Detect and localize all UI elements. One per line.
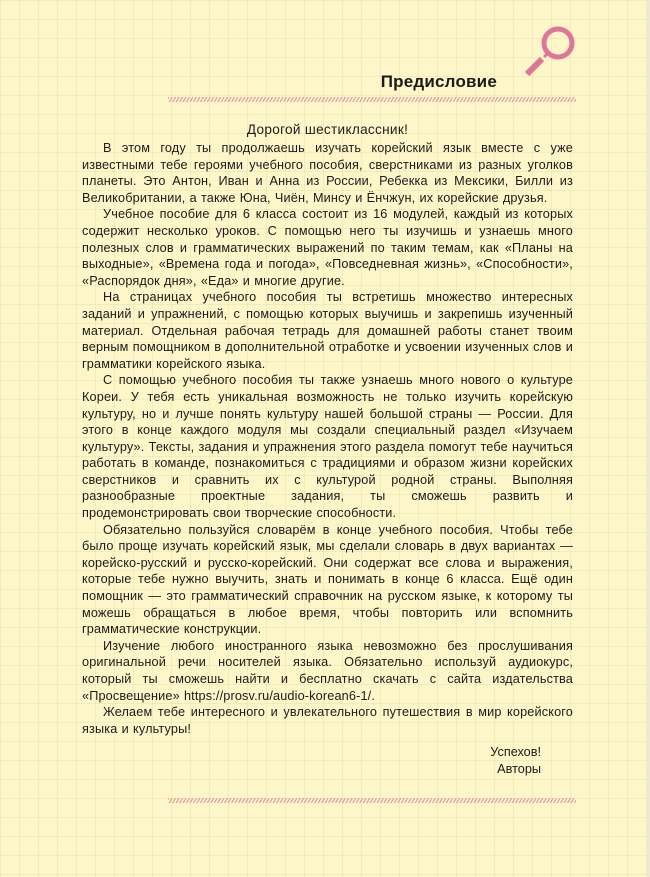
hatched-divider-bottom <box>168 798 576 803</box>
signature-wish: Успехов! <box>380 744 541 761</box>
paragraph: Обязательно пользуйся словарём в конце у… <box>82 522 573 638</box>
signature: Успехов! Авторы <box>380 744 541 778</box>
signature-authors: Авторы <box>380 761 541 778</box>
paragraph: Желаем тебе интересного и увлекательного… <box>82 704 573 737</box>
magnifier-icon <box>518 22 580 84</box>
paragraph: На страницах учебного пособия ты встрети… <box>82 289 573 372</box>
paragraph: Изучение любого иностранного языка невоз… <box>82 638 573 704</box>
greeting-heading: Дорогой шестиклассник! <box>82 122 573 137</box>
hatched-divider-top <box>168 97 576 102</box>
paragraph: В этом году ты продолжаешь изучать корей… <box>82 140 573 206</box>
body-text: В этом году ты продолжаешь изучать корей… <box>82 140 573 737</box>
paragraph: Учебное пособие для 6 класса состоит из … <box>82 206 573 289</box>
paragraph: С помощью учебного пособия ты также узна… <box>82 372 573 521</box>
page-title: Предисловие <box>300 72 497 92</box>
